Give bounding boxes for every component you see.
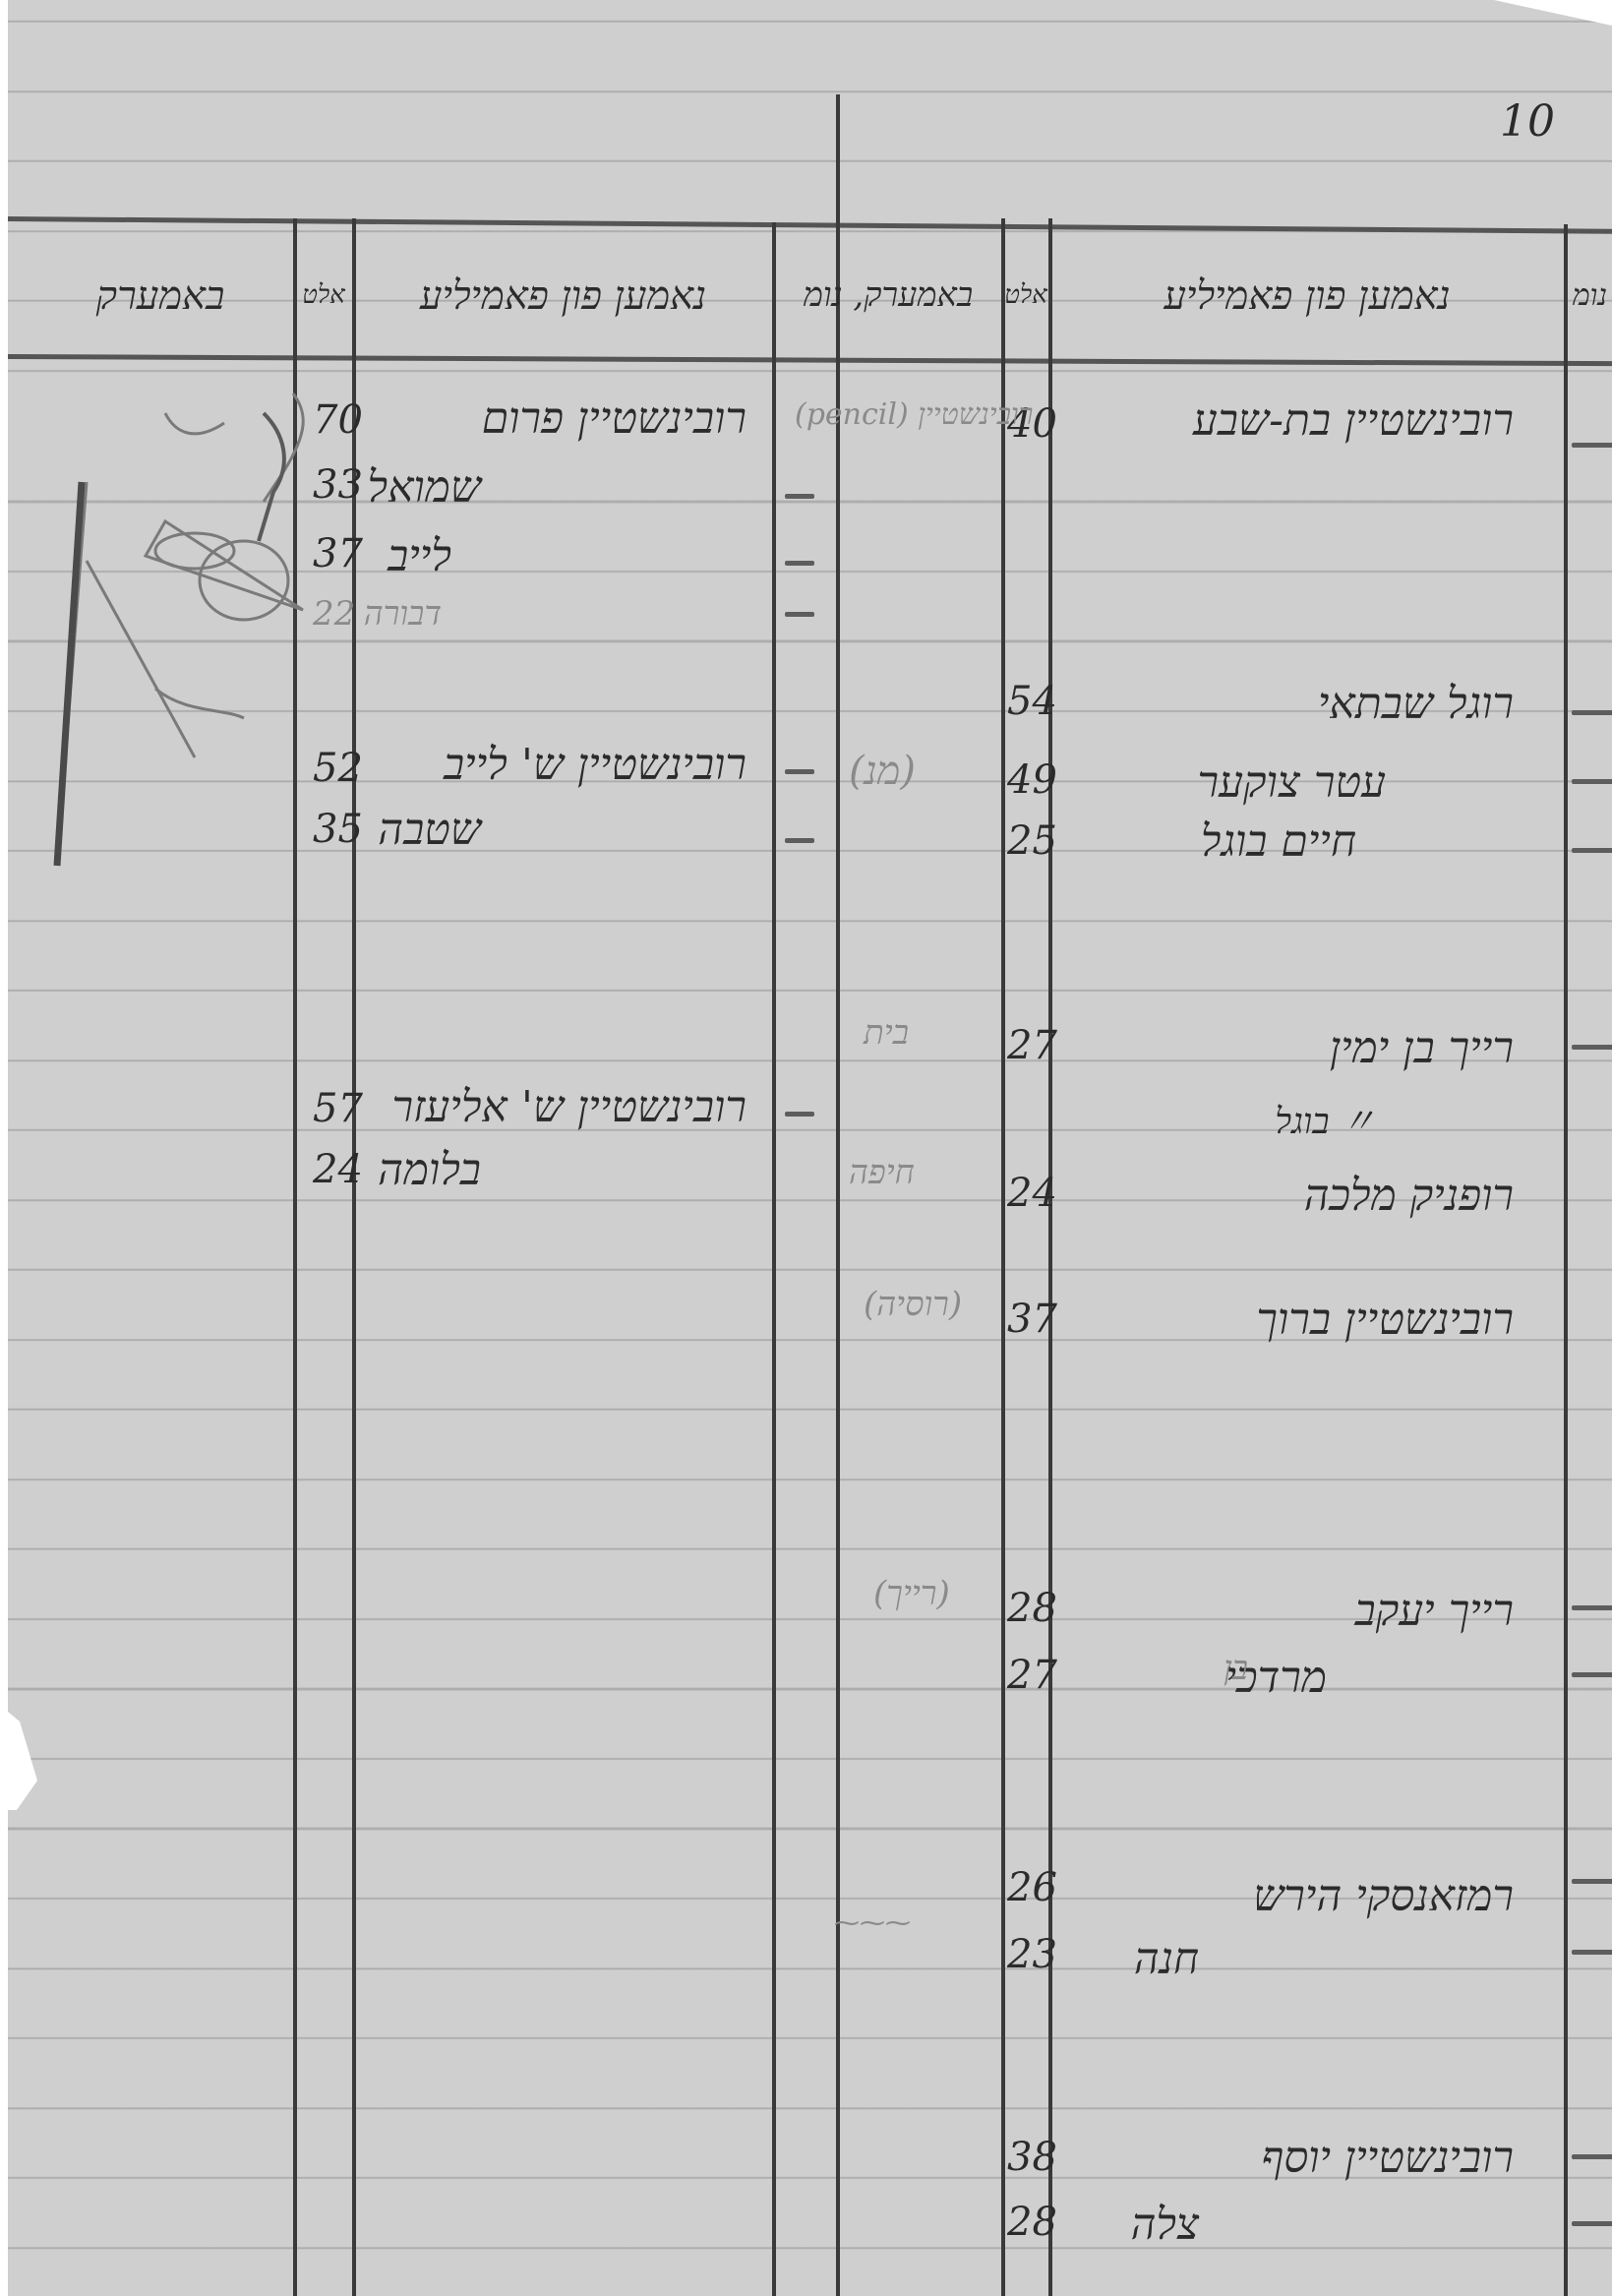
right-age-9: 28 [1007, 1586, 1057, 1631]
col-rule-5 [1001, 218, 1005, 2296]
left-name-4: דבורה [364, 594, 442, 634]
row-marker [785, 769, 814, 774]
pencil-remark-illegible: ⁓⁓⁓ [834, 1908, 911, 1938]
row-marker [785, 838, 814, 843]
col-rule-2 [352, 218, 356, 2296]
row-marker [785, 494, 814, 499]
header-right-family-name: נאמען פון פאמיליע [1052, 236, 1562, 354]
row-marker [1572, 2154, 1612, 2159]
row-marker [1572, 1879, 1612, 1884]
row-marker [1572, 1672, 1612, 1677]
right-name-12: חנה [1134, 1934, 1199, 1984]
col-rule-3 [772, 222, 776, 2296]
pencil-remark-beit: בית [864, 1013, 909, 1053]
right-age-5: 27 [1007, 1023, 1057, 1068]
col-rule-6 [1048, 218, 1052, 2296]
right-age-12: 23 [1007, 1932, 1057, 1977]
right-name-5: רייך בן ימין [1330, 1023, 1514, 1073]
row-marker [1572, 1045, 1612, 1050]
left-name-1: רובינשטיין פרום [482, 393, 746, 444]
pencil-remark-block2: (מנ) [849, 748, 916, 794]
row-marker [1572, 848, 1612, 853]
pencil-note-ben: בן [1224, 1649, 1248, 1688]
right-age-4: 25 [1007, 818, 1057, 864]
header-left-remarks: באמערק [28, 236, 293, 354]
row-marker [1572, 1605, 1612, 1610]
right-age-8: 37 [1007, 1297, 1057, 1342]
right-age-14: 28 [1007, 2200, 1057, 2245]
right-name-1: רובינשטיין בת-שבע [1193, 395, 1514, 446]
page-corner [1494, 0, 1612, 26]
pencil-remark-1: רובינשטיין (pencil) [795, 397, 1033, 432]
left-name-5: רובינשטיין ש' לייב [444, 740, 746, 790]
row-marker [785, 561, 814, 566]
right-age-13: 38 [1007, 2135, 1057, 2180]
right-name-7: רופניק מלכה [1304, 1171, 1514, 1221]
left-name-2: שמואל [368, 462, 481, 513]
header-left-age: אלט [295, 236, 352, 354]
header-top-rule [8, 216, 1612, 234]
right-age-11: 26 [1007, 1865, 1057, 1910]
header-bottom-rule [8, 354, 1612, 366]
pencil-bracket [254, 403, 313, 600]
right-name-8: רובינשטיין ברוך [1256, 1295, 1514, 1345]
right-name-14: צלה [1131, 2200, 1199, 2250]
row-marker [1572, 779, 1612, 784]
row-marker [1572, 443, 1612, 448]
right-name-9: רייך יעקב [1355, 1586, 1514, 1636]
row-marker [1572, 1950, 1612, 1955]
pencil-remark-reich: (רייך) [873, 1574, 950, 1613]
row-marker [1572, 710, 1612, 715]
header-left-family-name: נאמען פון פאמיליע [354, 236, 772, 354]
header-right-number: נומ [1568, 236, 1612, 354]
right-age-2: 54 [1007, 679, 1057, 724]
row-marker [785, 612, 814, 617]
page-number: 10 [1500, 96, 1555, 147]
left-name-3: לייב [388, 531, 451, 581]
right-name-2: רוגל שבתאי [1318, 679, 1514, 729]
ledger-sheet: 10 נומ נאמען פון פאמיליע אלט באמערק, נומ… [8, 0, 1612, 2296]
header-right-remarks: באמערק, נומ [775, 236, 1001, 354]
right-age-3: 49 [1007, 757, 1057, 803]
left-name-8: בלומה [378, 1145, 481, 1195]
right-age-7: 24 [1007, 1171, 1057, 1216]
row-marker [1572, 2221, 1612, 2226]
right-age-10: 27 [1007, 1653, 1057, 1698]
left-name-7: רובינשטיין ש' אליעזר [392, 1082, 746, 1132]
row-marker [785, 1112, 814, 1117]
header-right-age: אלט [1003, 236, 1048, 354]
right-name-11: רמזאנסקי הירש [1253, 1871, 1514, 1921]
right-name-4: חיים בוגל [1201, 816, 1356, 867]
right-name-13: רובינשטיין יוסף [1261, 2133, 1514, 2183]
right-name-3: עטר צוקער [1198, 757, 1386, 808]
col-rule-7 [1564, 224, 1568, 2296]
torn-edge [8, 1712, 37, 1810]
pencil-remark-haifa: חיפה [849, 1153, 915, 1192]
pencil-remark-russia: (רוסיה) [864, 1285, 962, 1324]
left-name-6: שטבה [378, 805, 481, 855]
right-name-6: 〃 בוגל [1275, 1094, 1376, 1144]
